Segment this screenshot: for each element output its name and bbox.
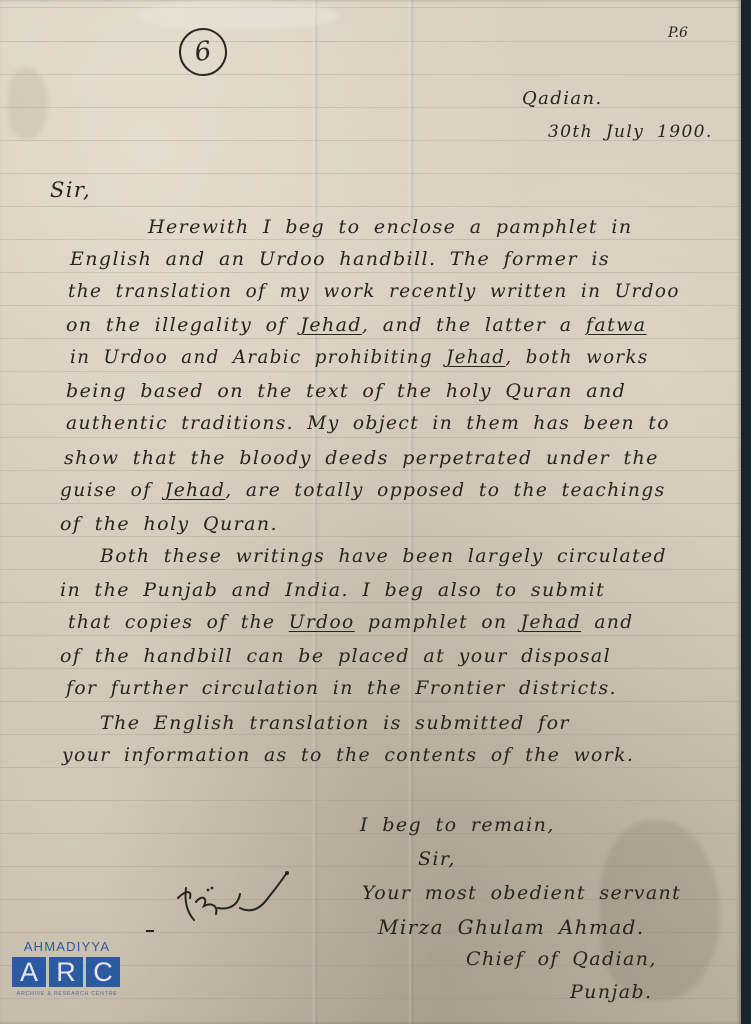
body-text: the translation of my work recently writ…: [68, 281, 680, 302]
body-text: pamphlet on: [355, 612, 521, 633]
letter-body-line: English and an Urdoo handbill. The forme…: [70, 250, 610, 269]
body-text: authentic traditions. My object in them …: [66, 413, 670, 434]
logo-letter-r: R: [49, 957, 83, 987]
body-text: your information as to the contents of t…: [62, 745, 634, 766]
body-text: on the illegality of: [66, 314, 300, 336]
logo-letter-a: A: [12, 957, 46, 987]
paper-crease: [408, 0, 414, 1024]
background-edge: [741, 0, 751, 1024]
logo-letter-c: C: [86, 957, 120, 987]
salutation: Sir,: [50, 180, 91, 201]
underlined-word: Jehad: [521, 612, 581, 633]
paper-stain: [140, 0, 340, 30]
underlined-word: fatwa: [586, 314, 647, 336]
letter-body-line: authentic traditions. My object in them …: [66, 415, 670, 434]
paper-stain: [8, 68, 48, 138]
body-text: Both these writings have been largely ci…: [100, 546, 667, 567]
letter-body-line: The English translation is submitted for: [100, 714, 570, 733]
body-text: , and the latter a: [362, 314, 586, 336]
letter-body-line: that copies of the Urdoo pamphlet on Jeh…: [68, 614, 634, 633]
closing-line-servant: Your most obedient servant: [362, 884, 681, 903]
letter-body-line: Herewith I beg to enclose a pamphlet in: [148, 218, 633, 237]
body-text: English and an Urdoo handbill. The forme…: [70, 248, 610, 270]
letter-body-line: for further circulation in the Frontier …: [66, 680, 617, 699]
letter-body-line: in the Punjab and India. I beg also to s…: [60, 581, 605, 600]
page-number: P.6: [668, 26, 688, 40]
underlined-word: Jehad: [165, 480, 225, 501]
body-text: guise of: [60, 480, 165, 501]
underlined-word: Jehad: [446, 347, 505, 368]
body-text: in Urdoo and Arabic prohibiting: [70, 347, 446, 368]
body-text: The English translation is submitted for: [100, 712, 570, 734]
letter-body-line: being based on the text of the holy Qura…: [66, 382, 626, 401]
logo-org-name: AHMADIYYA: [12, 940, 122, 954]
paper-crease: [312, 0, 318, 1024]
underlined-word: Jehad: [300, 314, 362, 336]
urdu-signature: [168, 868, 298, 938]
underlined-word: Urdoo: [289, 612, 355, 633]
letter-body-line: of the holy Quran.: [60, 515, 278, 534]
body-text: that copies of the: [68, 612, 289, 633]
letter-body-line: in Urdoo and Arabic prohibiting Jehad, b…: [70, 349, 649, 367]
body-text: of the holy Quran.: [60, 513, 278, 535]
body-text: of the handbill can be placed at your di…: [60, 645, 611, 667]
body-text: in the Punjab and India. I beg also to s…: [60, 579, 605, 601]
closing-line-remain: I beg to remain,: [360, 816, 555, 835]
circled-mark-text: 6: [193, 36, 214, 68]
letter-body-line: Both these writings have been largely ci…: [100, 548, 667, 567]
letter-body-line: of the handbill can be placed at your di…: [60, 647, 611, 666]
signatory-title: Chief of Qadian,: [466, 950, 657, 969]
letter-place: Qadian.: [522, 90, 603, 108]
letter-body-line: the translation of my work recently writ…: [68, 283, 680, 301]
signatory-region: Punjab.: [570, 983, 652, 1002]
letter-body-line: on the illegality of Jehad, and the latt…: [66, 316, 647, 335]
body-text: , are totally opposed to the teachings: [225, 480, 665, 501]
letter-body-line: your information as to the contents of t…: [62, 747, 634, 766]
letter-date: 30th July 1900.: [548, 124, 713, 141]
closing-line-sir: Sir,: [418, 850, 456, 869]
letter-paper: 6 P.6 Qadian. 30th July 1900. Sir, Herew…: [0, 0, 741, 1024]
body-text: being based on the text of the holy Qura…: [66, 380, 626, 402]
letter-body-line: guise of Jehad, are totally opposed to t…: [60, 482, 666, 501]
logo-letter-boxes: A R C: [12, 957, 122, 987]
logo-subtitle: ARCHIVE & RESEARCH CENTRE: [12, 991, 122, 997]
body-text: , both works: [505, 347, 648, 368]
signatory-name: Mirza Ghulam Ahmad.: [378, 917, 645, 937]
ink-mark: [146, 930, 154, 932]
body-text: show that the bloody deeds perpetrated u…: [64, 447, 659, 469]
body-text: for further circulation in the Frontier …: [66, 678, 617, 699]
body-text: and: [581, 612, 633, 633]
letter-body-line: show that the bloody deeds perpetrated u…: [64, 449, 659, 468]
body-text: Herewith I beg to enclose a pamphlet in: [148, 216, 633, 238]
arc-watermark-logo: AHMADIYYA A R C ARCHIVE & RESEARCH CENTR…: [12, 940, 122, 997]
